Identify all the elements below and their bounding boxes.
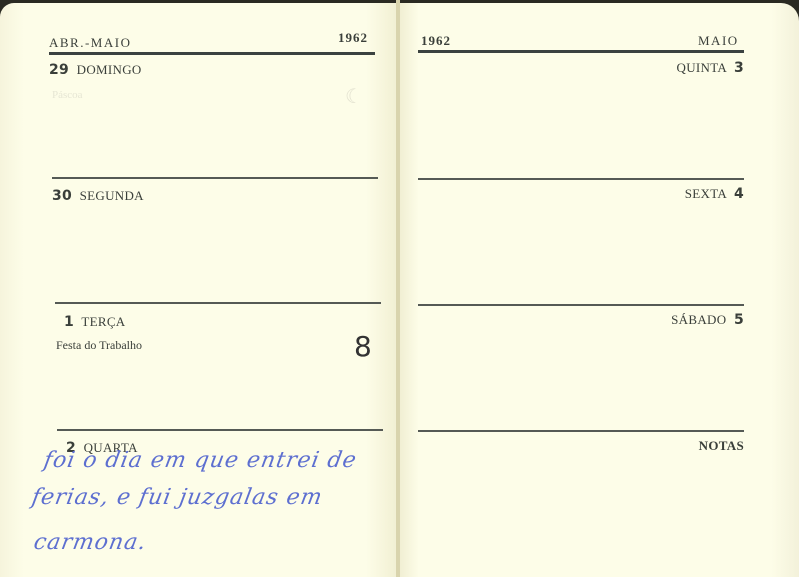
day-number: 3 [734,60,744,76]
notes-label: NOTAS [699,438,744,454]
day-divider [55,302,381,304]
day-number: 29 [49,62,69,78]
day-30-segunda: 30 SEGUNDA [52,188,144,204]
weekday-label: QUINTA [677,60,727,75]
handwriting-line-3: carmona. [32,530,149,555]
weekday-label: SÁBADO [671,312,726,327]
weekday-label: SEGUNDA [80,188,144,203]
day-1-terca: 1 TERÇA [64,314,126,330]
moon-phase-icon: 8 [354,330,372,363]
day-4-sexta: SEXTA 4 [685,186,744,202]
handwriting-line-2: ferias, e fui juzgalas em [30,485,325,510]
handwriting-line-1: foi o dia em que entrei de [42,448,359,473]
left-header-rule [49,52,375,55]
right-header-year: 1962 [421,33,451,49]
day-divider [418,304,744,306]
day-3-quinta: QUINTA 3 [677,60,744,76]
day-5-sabado: SÁBADO 5 [671,312,744,328]
holiday-note: Festa do Trabalho [56,338,142,353]
right-header-rule [418,50,744,53]
left-header-year: 1962 [338,30,368,46]
day-number: 30 [52,188,72,204]
right-page [399,3,799,577]
moon-phase-ghost-icon: ☾ [345,84,363,109]
weekday-label: DOMINGO [77,62,142,77]
day-number: 4 [734,186,744,202]
book-spine [396,0,400,577]
day-number: 1 [64,314,74,330]
day-divider [418,430,744,432]
weekday-label: SEXTA [685,186,727,201]
weekday-label: TERÇA [81,314,125,329]
day-29-domingo: 29 DOMINGO [49,62,142,78]
right-header-month: MAIO [698,33,739,49]
day-divider [52,177,378,179]
easter-note: Páscoa [52,89,83,101]
day-divider [418,178,744,180]
day-divider [57,429,383,431]
day-number: 5 [734,312,744,328]
left-header-month: ABR.-MAIO [49,35,131,51]
